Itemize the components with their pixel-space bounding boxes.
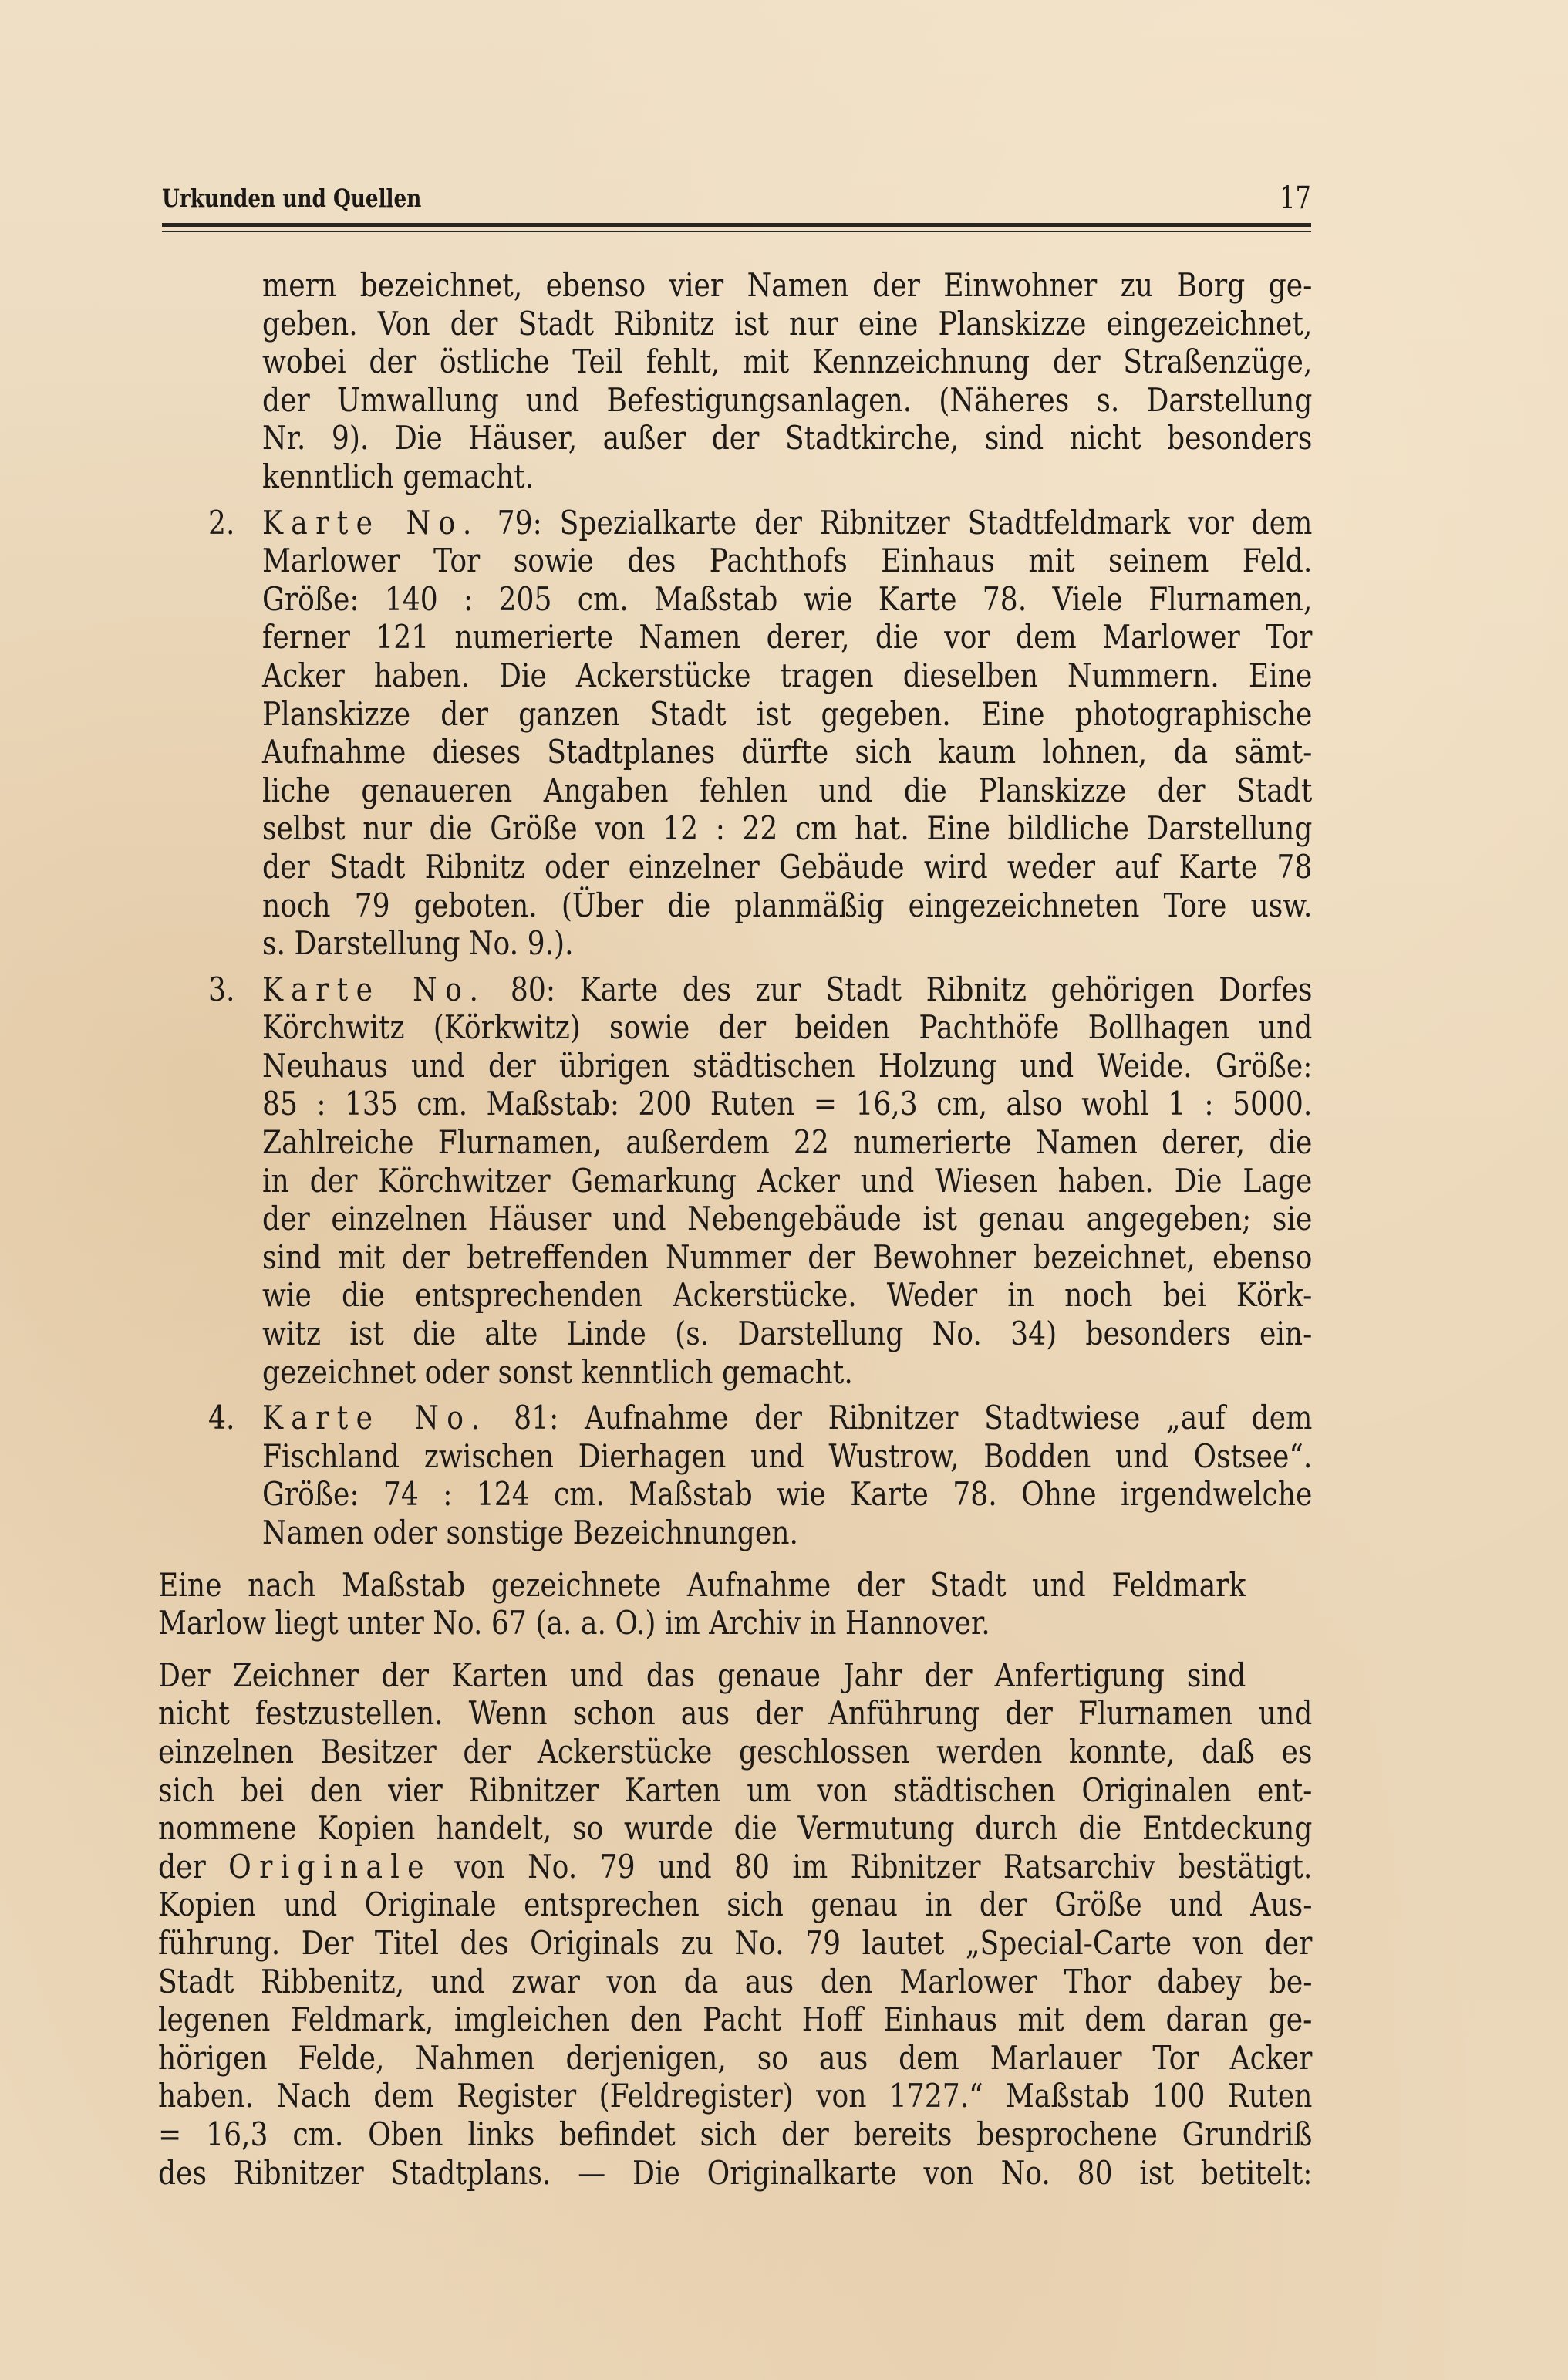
text-line: Eine nach Maßstab gezeichnete Aufnahme d… [158,1566,1246,1605]
text-line: der Umwallung und Befestigungsanlagen. (… [262,381,1312,420]
text-line: in der Körchwitzer Gemarkung Acker und W… [262,1162,1312,1200]
body-text: mern bezeichnet, ebenso vier Namen der E… [158,266,1315,2192]
text-line: geben. Von der Stadt Ribnitz ist nur ein… [262,305,1312,343]
item-label: Karte No. [262,1399,487,1436]
text-line: witz ist die alte Linde (s. Darstellung … [262,1315,1312,1353]
text-line: einzelnen Besitzer der Ackerstücke gesch… [158,1733,1312,1771]
emphasized-word: Originale [228,1848,432,1885]
text-line: Aufnahme dieses Stadtplanes dürfte sich … [262,733,1312,771]
item-label: Karte No. [262,504,480,542]
text-line: der Originale von No. 79 und 80 im Ribni… [158,1848,1312,1886]
text-line: der Stadt Ribnitz oder einzelner Gebäude… [262,848,1312,886]
text-line: wobei der östliche Teil fehlt, mit Kennz… [262,343,1312,381]
text-line: führung. Der Titel des Originals zu No. … [158,1924,1312,1963]
text-line: Größe: 74 : 124 cm. Maßstab wie Karte 78… [262,1475,1312,1514]
text-line: sind mit der betreffenden Nummer der Bew… [262,1238,1312,1277]
text-line: gezeichnet oder sonst kenntlich gemacht. [262,1353,1312,1392]
list-item-karte-80: 3. Karte No. 80: Karte des zur Stadt Rib… [158,971,1315,1392]
text-line: des Ribnitzer Stadtplans. — Die Original… [158,2154,1312,2193]
text-line: = 16,3 cm. Oben links befindet sich der … [158,2115,1312,2154]
text-line: liche genaueren Angaben fehlen und die P… [262,771,1312,810]
text-line: Acker haben. Die Ackerstücke tragen dies… [262,657,1312,695]
text-line: wie die entsprechenden Ackerstücke. Wede… [262,1276,1312,1315]
running-head: Urkunden und Quellen 17 [162,179,1311,225]
book-page: Urkunden und Quellen 17 mern bezeichnet,… [0,0,1568,2380]
text-line: Kopien und Originale entsprechen sich ge… [158,1885,1312,1924]
item-label: Karte No. [262,971,486,1008]
text-line: 85 : 135 cm. Maßstab: 200 Ruten = 16,3 c… [262,1085,1312,1123]
item-number: 2. [208,504,234,542]
text-line: Karte No. 80: Karte des zur Stadt Ribnit… [262,971,1312,1009]
text-line: Körchwitz (Körkwitz) sowie der beiden Pa… [262,1008,1312,1047]
paragraph-marlow: Eine nach Maßstab gezeichnete Aufnahme d… [158,1566,1315,1642]
text-line: der einzelnen Häuser und Nebengebäude is… [262,1200,1312,1238]
text-line: Namen oder sonstige Bezeichnungen. [262,1514,1312,1552]
text-line: legenen Feldmark, imgleichen den Pacht H… [158,2000,1312,2039]
text-line: haben. Nach dem Register (Feldregister) … [158,2077,1312,2115]
list-item-karte-81: 4. Karte No. 81: Aufnahme der Ribnitzer … [158,1399,1315,1551]
item-number: 4. [208,1399,234,1437]
text-line: Nr. 9). Die Häuser, außer der Stadtkirch… [262,419,1312,457]
text-line: Planskizze der ganzen Stadt ist gegeben.… [262,695,1312,734]
text-line: hörigen Felde, Nahmen derjenigen, so aus… [158,2039,1312,2078]
text-line: kenntlich gemacht. [262,457,1312,496]
text-line: Karte No. 81: Aufnahme der Ribnitzer Sta… [262,1399,1312,1437]
text-line: Zahlreiche Flurnamen, außerdem 22 numeri… [262,1123,1312,1162]
text-line: noch 79 geboten. (Über die planmäßig ein… [262,886,1312,925]
list-item-karte-79: 2. Karte No. 79: Spezialkarte der Ribnit… [158,504,1315,963]
running-title: Urkunden und Quellen [162,184,421,213]
paragraph-zeichner: Der Zeichner der Karten und das genaue J… [158,1656,1315,2192]
text-line: Der Zeichner der Karten und das genaue J… [158,1656,1246,1695]
text-line: nommene Kopien handelt, so wurde die Ver… [158,1809,1312,1848]
text-line: ferner 121 numerierte Namen derer, die v… [262,618,1312,657]
header-rule-thick [162,223,1311,227]
text-line: sich bei den vier Ribnitzer Karten um vo… [158,1771,1312,1810]
text-line: selbst nur die Größe von 12 : 22 cm hat.… [262,809,1312,848]
text-line: Marlower Tor sowie des Pachthofs Einhaus… [262,542,1312,580]
text-line: nicht festzustellen. Wenn schon aus der … [158,1694,1312,1733]
text-line: s. Darstellung No. 9.). [262,924,1312,963]
text-line: Fischland zwischen Dierhagen und Wustrow… [262,1437,1312,1476]
text-line: Größe: 140 : 205 cm. Maßstab wie Karte 7… [262,580,1312,619]
page-number: 17 [1280,181,1311,216]
text-line: Karte No. 79: Spezialkarte der Ribnitzer… [262,504,1312,542]
text-line: Marlow liegt unter No. 67 (a. a. O.) im … [158,1604,1312,1642]
text-line: Neuhaus und der übrigen städtischen Holz… [262,1047,1312,1085]
item-1-continuation: mern bezeichnet, ebenso vier Namen der E… [158,266,1315,496]
text-line: mern bezeichnet, ebenso vier Namen der E… [262,266,1312,305]
header-rule-thin [162,231,1311,232]
text-line: Stadt Ribbenitz, und zwar von da aus den… [158,1963,1312,2001]
item-number: 3. [208,971,234,1009]
